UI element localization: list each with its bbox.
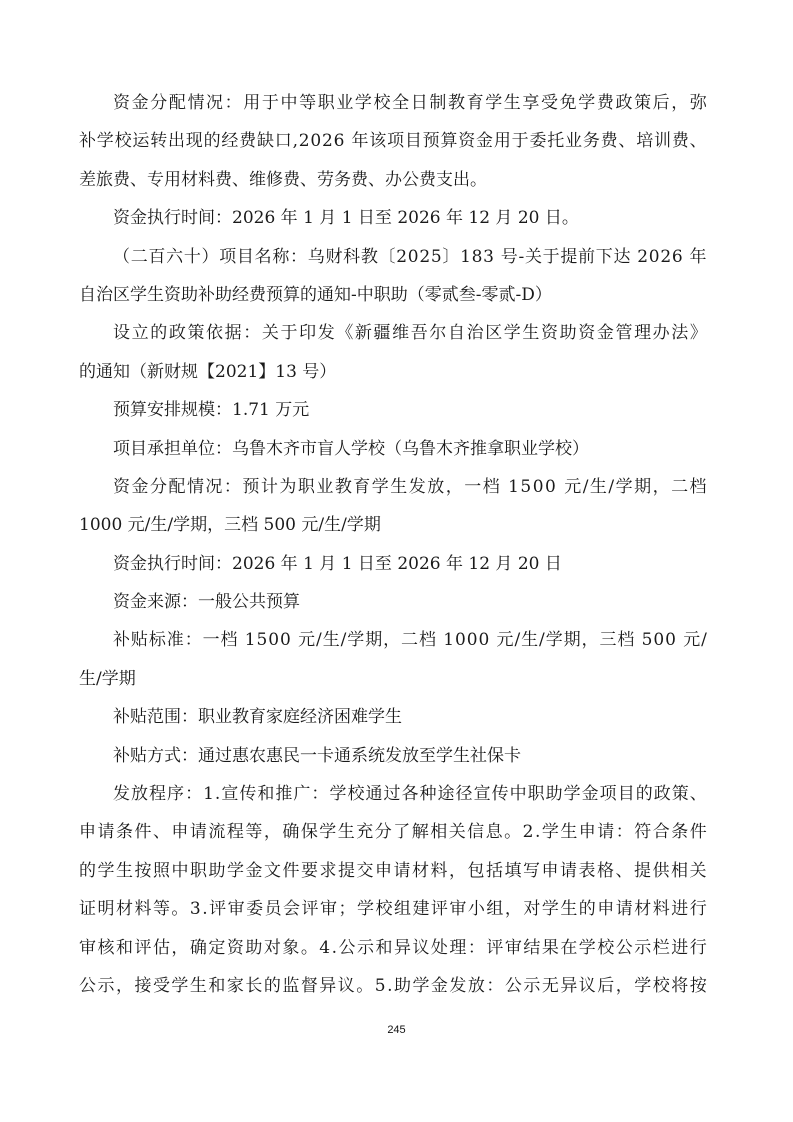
text-line: 资金来源：一般公共预算 [79,583,707,621]
text-line: 资金分配情况：预计为职业教育学生发放，一档 1500 元/生/学期，二档 [79,468,707,506]
text-line: 1000 元/生/学期，三档 500 元/生/学期 [79,506,707,544]
text-line: 预算安排规模：1.71 万元 [79,391,707,429]
text-line: 的通知（新财规【2021】13 号） [79,353,707,391]
text-line: 补学校运转出现的经费缺口,2026 年该项目预算资金用于委托业务费、培训费、 [79,122,707,160]
text-line: 自治区学生资助补助经费预算的通知-中职助（零贰叁-零贰-D） [79,276,707,314]
document-body: 资金分配情况：用于中等职业学校全日制教育学生享受免学费政策后，弥补学校运转出现的… [79,84,707,1005]
page-number: 245 [0,1024,793,1036]
text-line: 资金执行时间：2026 年 1 月 1 日至 2026 年 12 月 20 日。 [79,199,707,237]
text-line: （二百六十）项目名称：乌财科教〔2025〕183 号-关于提前下达 2026 年 [79,238,707,276]
text-line: 申请条件、申请流程等，确保学生充分了解相关信息。2.学生申请：符合条件 [79,813,707,851]
text-line: 生/学期 [79,660,707,698]
text-line: 项目承担单位：乌鲁木齐市盲人学校（乌鲁木齐推拿职业学校） [79,430,707,468]
text-line: 资金分配情况：用于中等职业学校全日制教育学生享受免学费政策后，弥 [79,84,707,122]
text-line: 补贴标准：一档 1500 元/生/学期，二档 1000 元/生/学期，三档 50… [79,621,707,659]
text-line: 审核和评估，确定资助对象。4.公示和异议处理：评审结果在学校公示栏进行 [79,929,707,967]
text-line: 设立的政策依据：关于印发《新疆维吾尔自治区学生资助资金管理办法》 [79,314,707,352]
text-line: 发放程序：1.宣传和推广：学校通过各种途径宣传中职助学金项目的政策、 [79,775,707,813]
text-line: 补贴范围：职业教育家庭经济困难学生 [79,698,707,736]
text-line: 资金执行时间：2026 年 1 月 1 日至 2026 年 12 月 20 日 [79,545,707,583]
text-line: 补贴方式：通过惠农惠民一卡通系统发放至学生社保卡 [79,737,707,775]
text-line: 公示，接受学生和家长的监督异议。5.助学金发放：公示无异议后，学校将按 [79,967,707,1005]
text-line: 的学生按照中职助学金文件要求提交申请材料，包括填写申请表格、提供相关 [79,852,707,890]
text-line: 差旅费、专用材料费、维修费、劳务费、办公费支出。 [79,161,707,199]
text-line: 证明材料等。3.评审委员会评审；学校组建评审小组，对学生的申请材料进行 [79,890,707,928]
